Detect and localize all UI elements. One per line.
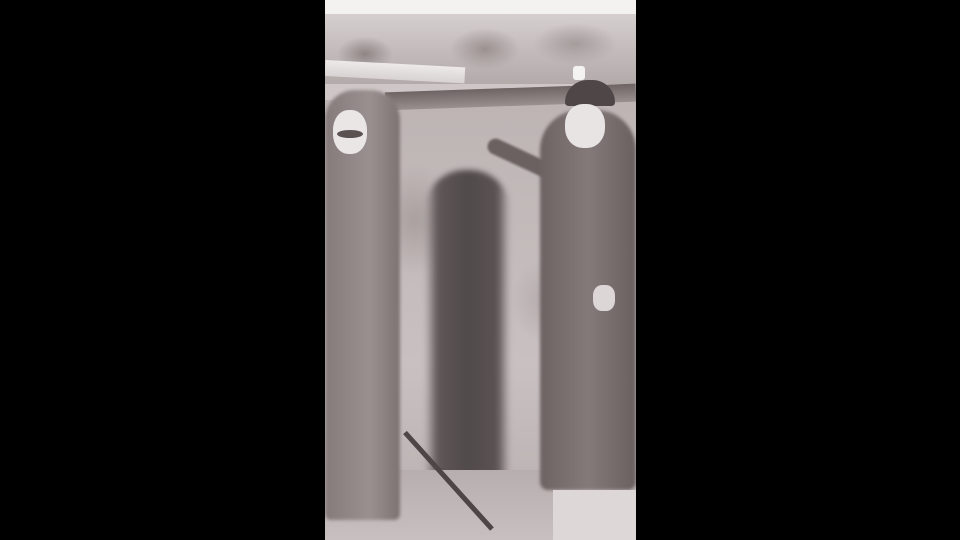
wooden-box	[553, 490, 636, 540]
miner-right-figure	[540, 110, 636, 490]
miner-left-mustache	[337, 130, 363, 138]
helmet-lamp	[573, 66, 585, 80]
miner-left-figure	[325, 90, 400, 520]
photo-top-border	[325, 0, 636, 14]
miner-right-face	[565, 104, 605, 148]
historical-mine-photo	[325, 0, 636, 540]
miner-right-hand	[593, 285, 615, 311]
